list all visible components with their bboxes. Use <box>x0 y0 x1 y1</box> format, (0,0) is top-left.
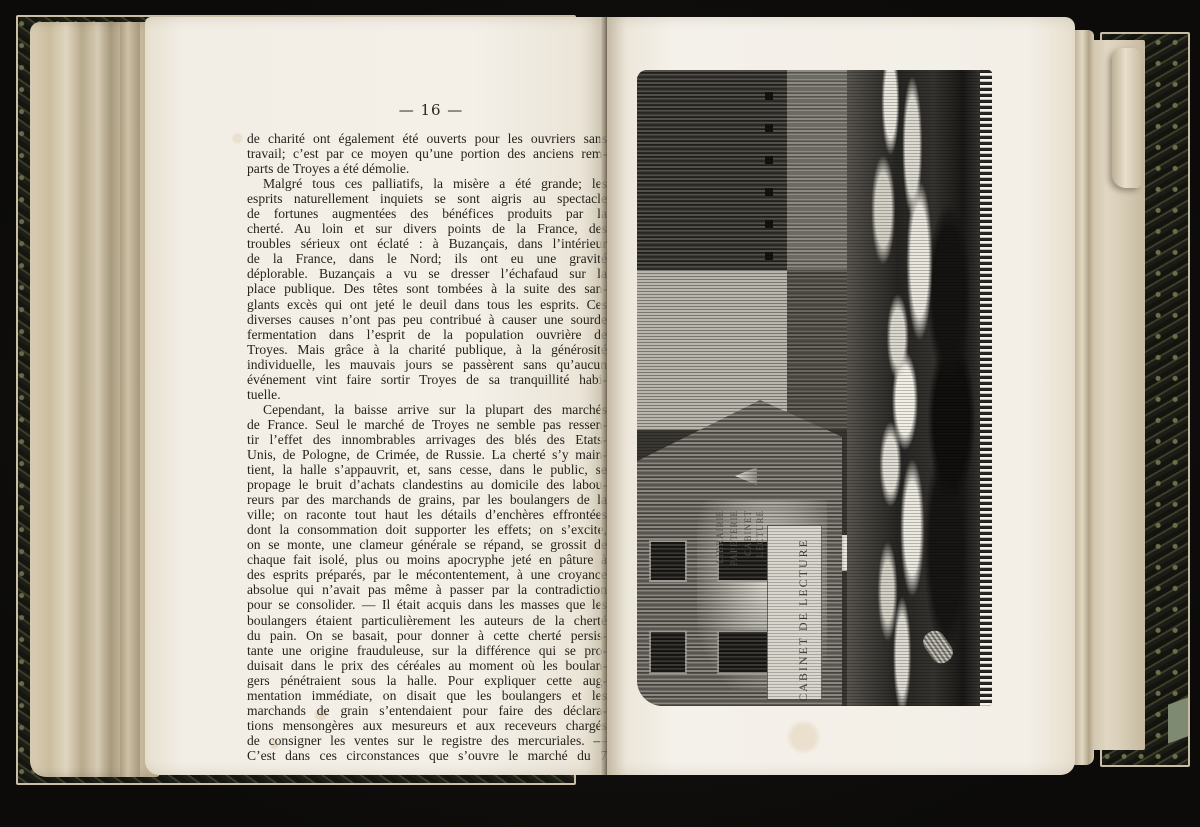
text-line: marchands de grain s’entendaient pour fa… <box>247 703 607 718</box>
text-line: boulangers étaient particulièrement les … <box>247 613 607 628</box>
text-line: de fortunes augmentées des bénéfices pro… <box>247 206 607 221</box>
curled-flyleaf-corner <box>1112 48 1142 188</box>
text-line: de charité ont également été ouverts pou… <box>247 131 607 146</box>
shop-sign: CABINET DE LECTURE <box>767 525 822 700</box>
left-page: — 16 — de charité ont également été ouve… <box>145 17 607 775</box>
illustration-window <box>649 540 687 582</box>
text-line: glants excès qui ont jeté le deuil dans … <box>247 297 607 312</box>
text-line: de France. Seul le marché de Troyes ne s… <box>247 417 607 432</box>
text-line: duisait dans le prix des céréales au mom… <box>247 658 607 673</box>
text-line: esprits naturellement inquiets se sont a… <box>247 191 607 206</box>
shop-board-line: CABINET <box>743 510 753 556</box>
text-line: place publique. Des têtes sont tombées à… <box>247 281 607 296</box>
text-line: on se monte, une clameur générale se rép… <box>247 537 607 552</box>
text-line: absolue qui n’avait pas même à passer pa… <box>247 582 607 597</box>
page-number: — 16 — <box>145 101 607 119</box>
text-line: des esprits préparés, par le mécontentem… <box>247 567 607 582</box>
shop-board-line: LECTURE <box>755 510 765 558</box>
right-flyleaf <box>1090 40 1145 750</box>
text-line: Malgré tous ces palliatifs, la misère a … <box>247 176 607 191</box>
cover-corner <box>1168 675 1188 765</box>
text-line: déplorable. Buzançais a vu se dresser l’… <box>247 266 607 281</box>
text-line: Cependant, la baisse arrive sur la plupa… <box>247 402 607 417</box>
text-line: troubles sérieux ont éclaté : à Buzançai… <box>247 236 607 251</box>
text-line: pour se consolider. — Il était acquis da… <box>247 597 607 612</box>
shop-board-line: PAPETERIE <box>729 510 739 566</box>
text-line: tuelle. <box>247 387 607 402</box>
engraving-ragged-edge <box>980 70 992 706</box>
text-line: fermentation dans l’esprit de la populat… <box>247 327 607 342</box>
text-line: de la France, dans le Nord; ils ont eu u… <box>247 251 607 266</box>
text-line: C’est dans ces circonstances que s’ouvre… <box>247 748 607 763</box>
text-line: événement vint faire sortir Troyes de sa… <box>247 372 607 387</box>
text-line: tir l’effet des innombrables arrivages d… <box>247 432 607 447</box>
body-text: de charité ont également été ouverts pou… <box>247 131 607 763</box>
illustration-wooden-door <box>637 70 787 270</box>
text-line: Troyes. Mais grâce à la charité publique… <box>247 342 607 357</box>
engraving-illustration: CABINET DE LECTURE LIBRAIRIE PAPETERIE C… <box>637 70 992 706</box>
left-page-block-edge <box>30 22 160 777</box>
shop-sign-text: CABINET DE LECTURE <box>796 538 811 702</box>
text-line: travail; c’est par ce moyen qu’une porti… <box>247 146 607 161</box>
text-line: du pain. On se basait, pour donner à cet… <box>247 628 607 643</box>
text-line: ville; on raconte tout haut les détails … <box>247 507 607 522</box>
text-line: chaque fait isolé, plus ou moins apocryp… <box>247 552 607 567</box>
door-studs <box>765 90 773 260</box>
text-line: gers pénétraient sous la halle. Pour exp… <box>247 673 607 688</box>
text-line: dont la consommation doit supporter les … <box>247 522 607 537</box>
illustration-crowd <box>847 70 992 706</box>
text-line: individuelle, les mauvais jours se passè… <box>247 357 607 372</box>
text-line: cherté. Au loin et sur divers points de … <box>247 221 607 236</box>
text-line: tante une origine frauduleuse, sur la di… <box>247 643 607 658</box>
text-line: Unis, de Pologne, de Crimée, de Russie. … <box>247 447 607 462</box>
illustration-window <box>649 630 687 674</box>
text-line: de consigner les ventes sur le registre … <box>247 733 607 748</box>
shop-board-line: LIBRAIRIE <box>715 510 725 564</box>
text-line: tions mensongères aux mesureurs et aux r… <box>247 718 607 733</box>
text-line: reurs par des marchands de grains, par l… <box>247 492 607 507</box>
text-line: tient, la halle s’appauvrit, et, sans ce… <box>247 462 607 477</box>
text-line: diverses causes n’ont pas peu contribué … <box>247 312 607 327</box>
page-fold <box>120 22 140 777</box>
text-line: mentation immédiate, on disait que les b… <box>247 688 607 703</box>
text-line: parts de Troyes a été démolie. <box>247 161 607 176</box>
text-line: propage le bruit d’achats clandestins au… <box>247 477 607 492</box>
